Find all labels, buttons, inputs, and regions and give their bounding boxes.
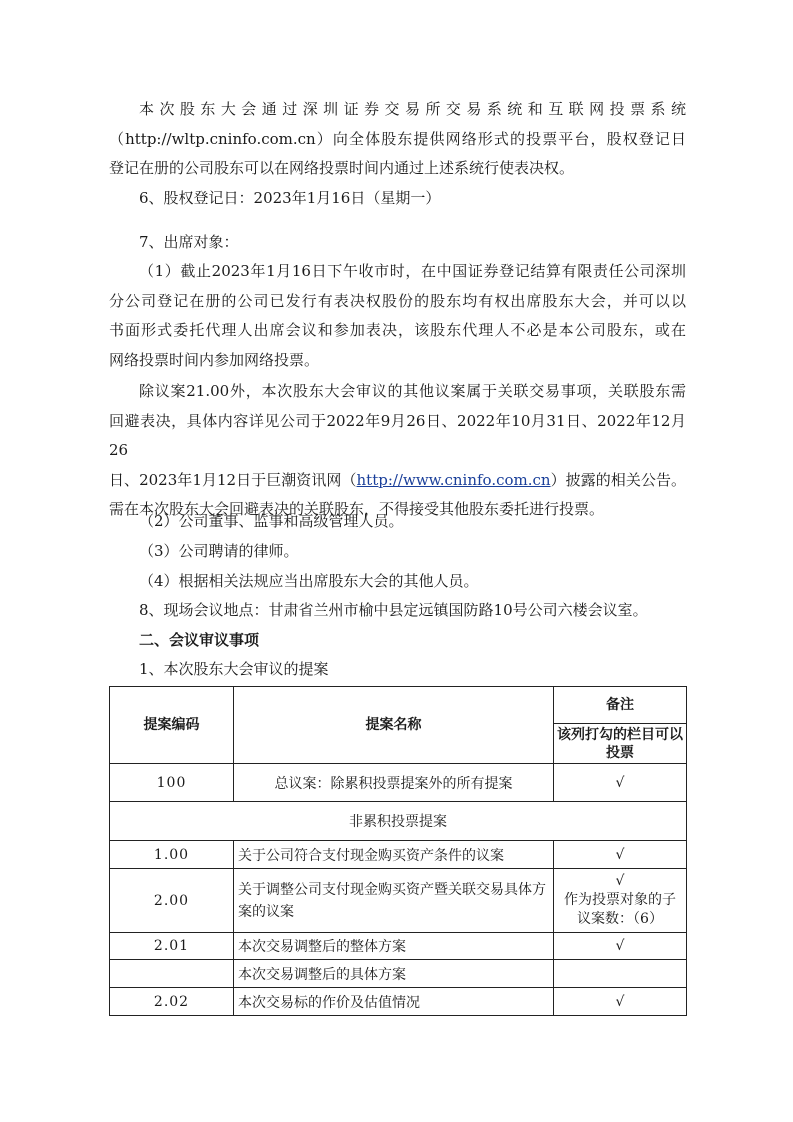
row-name: 本次交易标的作价及估值情况 [234,988,554,1016]
sub-proposal-count-note: 作为投票对象的子议案数：（6） [558,891,682,929]
proposals-intro: 1、本次股东大会审议的提案 [109,655,686,685]
attendees-item-2: （2）公司董事、监事和高级管理人员。 [109,507,686,537]
intro-line-3: 登记在册的公司股东可以在网络投票时间内通过上述系统行使表决权。 [109,154,686,184]
table-row: 本次交易调整后的具体方案 [110,960,687,988]
row-name: 本次交易调整后的整体方案 [234,933,554,960]
row-name: 关于调整公司支付现金购买资产暨关联交易具体方案的议案 [234,869,554,933]
row-check-mark: √ [554,841,687,869]
attendees-item-4: （4）根据相关法规应当出席股东大会的其他人员。 [109,567,686,597]
row-name: 关于公司符合支付现金购买资产条件的议案 [234,841,554,869]
table-row: 2.00 关于调整公司支付现金购买资产暨关联交易具体方案的议案 √ 作为投票对象… [110,869,687,933]
row-check-mark: √ [554,988,687,1016]
intro-line-2: （http://wltp.cninfo.com.cn）向全体股东提供网络形式的投… [109,125,686,155]
table-section-row: 非累积投票提案 [110,802,687,841]
intro-paragraph: 本次股东大会通过深圳证券交易所交易系统和互联网投票系统 （http://wltp… [109,95,686,184]
row-name: 本次交易调整后的具体方案 [234,960,554,988]
table-row: 1.00 关于公司符合支付现金购买资产条件的议案 √ [110,841,687,869]
section-label: 非累积投票提案 [110,802,687,841]
attendees-1-line-2: 分公司登记在册的公司已发行有表决权股份的股东均有权出席股东大会，并可以以 [109,287,686,317]
row-code: 2.00 [110,869,234,933]
table-row: 2.02 本次交易标的作价及估值情况 √ [110,988,687,1016]
row-code: 1.00 [110,841,234,869]
related-line-1: 除议案21.00外，本次股东大会审议的其他议案属于关联交易事项，关联股东需 [109,377,686,407]
section-heading: 二、会议审议事项 [139,626,259,656]
related-line-3: 日、2023年1月12日于巨潮资讯网（http://www.cninfo.com… [109,466,686,496]
table-header-row: 提案编码 提案名称 备注 [110,687,687,724]
related-line-3-pre: 日、2023年1月12日于巨潮资讯网（ [109,471,357,489]
row-check-mark: √ [554,933,687,960]
intro-line-1: 本次股东大会通过深圳证券交易所交易系统和互联网投票系统 [109,95,686,125]
table-row: 100 总议案：除累积投票提案外的所有提案 √ [110,764,687,802]
related-line-3-post: ）披露的相关公告。 [551,471,686,489]
row-code: 2.01 [110,933,234,960]
attendees-1-line-4: 网络投票时间内参加网络投票。 [109,346,686,376]
row-code: 100 [110,764,234,802]
header-remark-sub: 该列打勾的栏目可以投票 [554,724,687,764]
header-name: 提案名称 [234,687,554,764]
row-remark: √ 作为投票对象的子议案数：（6） [554,869,687,933]
related-line-2: 回避表决，具体内容详见公司于2022年9月26日、2022年10月31日、202… [109,407,686,466]
attendees-item-3: （3）公司聘请的律师。 [109,537,686,567]
attendees-title: 7、出席对象： [109,228,686,258]
row-code: 2.02 [110,988,234,1016]
row-name: 总议案：除累积投票提案外的所有提案 [234,764,554,802]
cninfo-link[interactable]: http://www.cninfo.com.cn [357,471,551,489]
header-remark: 备注 [554,687,687,724]
related-party-paragraph: 除议案21.00外，本次股东大会审议的其他议案属于关联交易事项，关联股东需 回避… [109,377,686,525]
attendees-1-line-3: 书面形式委托代理人出席会议和参加表决，该股东代理人不必是本公司股东，或在 [109,316,686,346]
row-code [110,960,234,988]
attendees-1-line-1: （1）截止2023年1月16日下午收市时，在中国证券登记结算有限责任公司深圳 [109,257,686,287]
attendees-item-1: （1）截止2023年1月16日下午收市时，在中国证券登记结算有限责任公司深圳 分… [109,257,686,375]
row-check-mark: √ [558,872,682,891]
row-check-mark [554,960,687,988]
meeting-location: 8、现场会议地点：甘肃省兰州市榆中县定远镇国防路10号公司六楼会议室。 [109,596,686,626]
record-date: 6、股权登记日：2023年1月16日（星期一） [109,184,686,214]
header-code: 提案编码 [110,687,234,764]
row-check-mark: √ [554,764,687,802]
proposals-table: 提案编码 提案名称 备注 该列打勾的栏目可以投票 100 总议案：除累积投票提案… [109,686,687,1016]
table-row: 2.01 本次交易调整后的整体方案 √ [110,933,687,960]
